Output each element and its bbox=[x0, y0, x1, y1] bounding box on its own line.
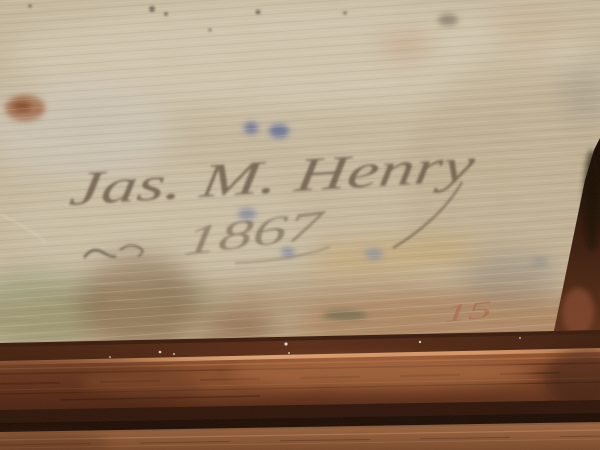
photo-canvas: 15 Jas. M. Henry 1867 bbox=[0, 0, 600, 450]
photo-grain-overlay bbox=[0, 0, 600, 450]
photograph-of-painting: 15 Jas. M. Henry 1867 bbox=[0, 0, 600, 450]
